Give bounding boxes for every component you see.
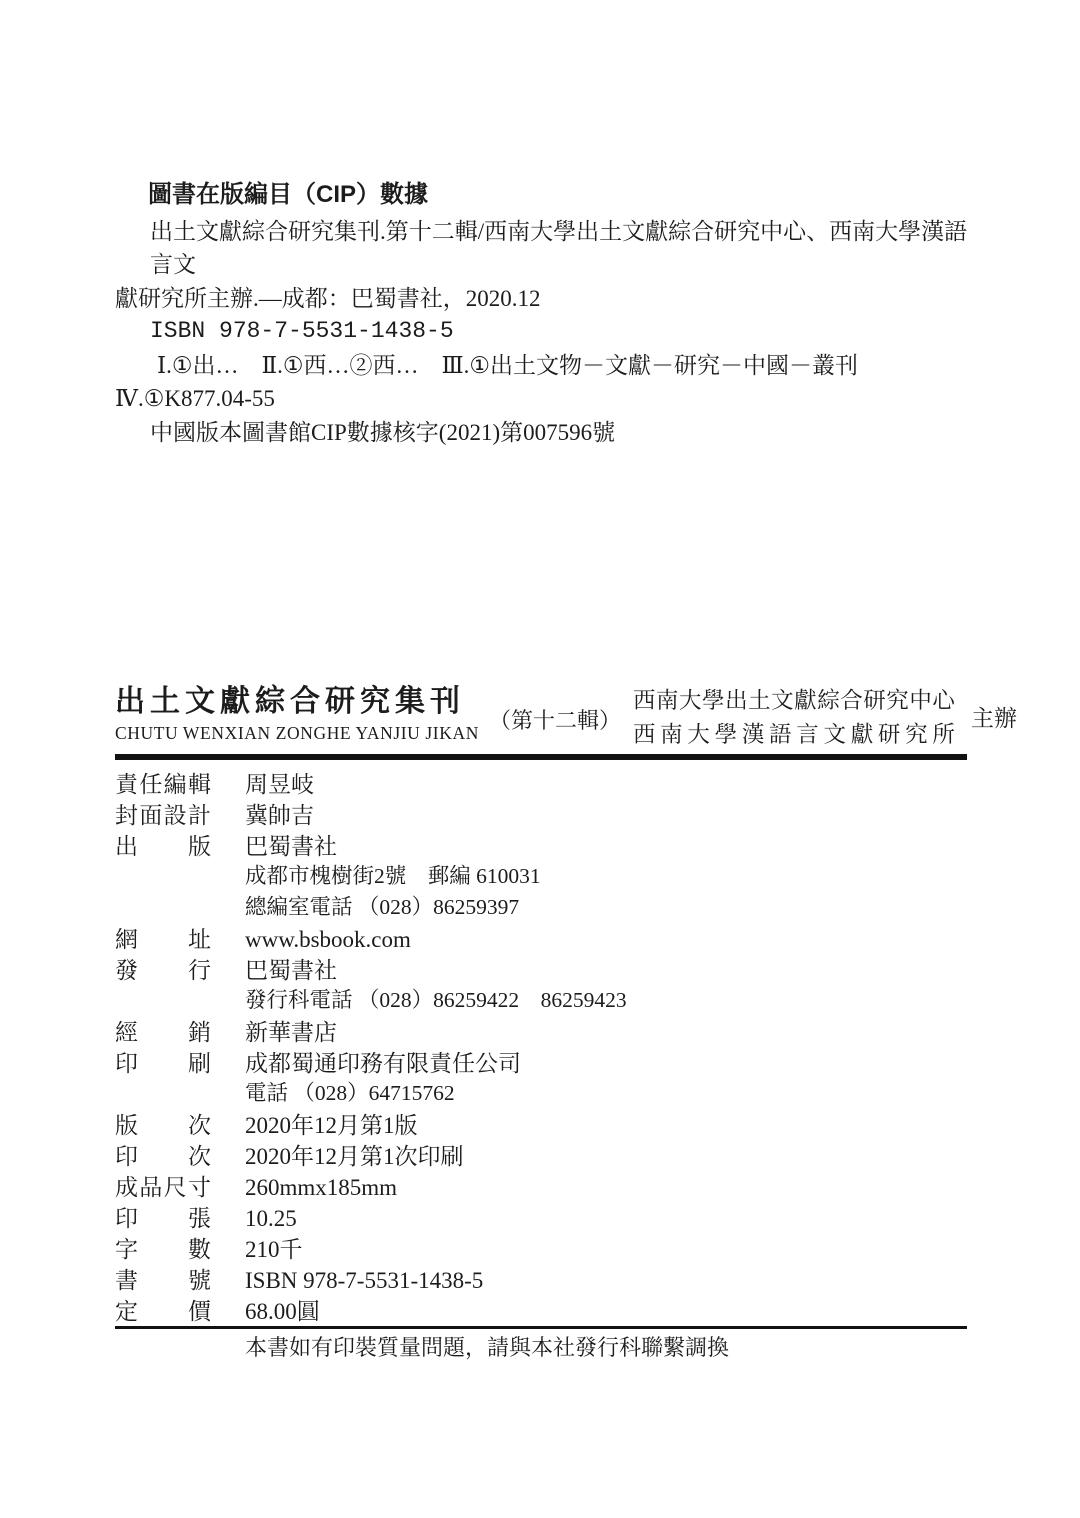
- char: 面: [139, 797, 162, 830]
- char: 綜: [817, 684, 840, 718]
- colophon-row-label: 書號: [115, 1262, 211, 1295]
- colophon-row-label: 印次: [115, 1138, 211, 1171]
- organizer-role: 主辦: [971, 700, 1017, 733]
- char: 主: [971, 700, 994, 733]
- char: 出: [115, 828, 138, 861]
- char: 學: [702, 684, 725, 718]
- char: 成: [115, 1169, 138, 1202]
- volume-number: （第十二輯）: [489, 704, 621, 735]
- cip-entry-line1: 出土文獻綜合研究集刊.第十二輯/西南大學出土文獻綜合研究中心、西南大學漢語言文: [115, 215, 975, 282]
- cip-isbn: ISBN 978-7-5531-1438-5: [115, 315, 975, 349]
- colophon-row: 出版巴蜀書社: [115, 828, 967, 859]
- colophon-row-label: 版次: [115, 1107, 211, 1140]
- char: 獻: [851, 718, 874, 752]
- masthead: 出土文獻綜合研究集刊 CHUTU WENXIAN ZONGHE YANJIU J…: [115, 684, 975, 752]
- char: 寸: [188, 1169, 211, 1202]
- char: 所: [932, 718, 955, 752]
- thick-divider-rule: [115, 754, 967, 760]
- char: 大: [687, 718, 710, 752]
- char: 心: [932, 684, 955, 718]
- colophon-row-label: 封面設計: [115, 797, 211, 830]
- char: 行: [188, 952, 211, 985]
- char: 究: [905, 718, 928, 752]
- colophon-row: 封面設計冀帥吉: [115, 797, 967, 828]
- char: 字: [115, 1231, 138, 1264]
- colophon-row-value: www.bsbook.com: [245, 927, 411, 953]
- char: 言: [796, 718, 819, 752]
- colophon-row-label: 網址: [115, 921, 211, 954]
- char: 西: [633, 684, 656, 718]
- char: 號: [188, 1262, 211, 1295]
- char: 尺: [164, 1169, 187, 1202]
- char: 定: [115, 1293, 138, 1326]
- colophon-row-label: 字數: [115, 1231, 211, 1264]
- char: 發: [115, 952, 138, 985]
- char: 責: [115, 766, 138, 799]
- char: 獻: [794, 684, 817, 718]
- char: 土: [748, 684, 771, 718]
- char: 任: [139, 766, 162, 799]
- char: 張: [188, 1200, 211, 1233]
- char: 大: [679, 684, 702, 718]
- char: 印: [115, 1045, 138, 1078]
- colophon-row-label: 成品尺寸: [115, 1169, 211, 1202]
- colophon-row: 印次2020年12月第1次印刷: [115, 1138, 967, 1169]
- colophon-row: 網址www.bsbook.com: [115, 921, 967, 952]
- cip-classification-line1: Ⅰ.①出… Ⅱ.①西…②西… Ⅲ.①出土文物－文獻－研究－中國－叢刊: [115, 349, 975, 383]
- organizer-line-2: 西南大學漢語言文獻研究所: [633, 718, 955, 752]
- char: 究: [886, 684, 909, 718]
- char: 研: [878, 718, 901, 752]
- char: 數: [188, 1231, 211, 1264]
- char: 文: [823, 718, 846, 752]
- char: 南: [660, 718, 683, 752]
- colophon-row: 印刷成都蜀通印務有限責任公司: [115, 1045, 967, 1076]
- colophon-row-value: 2020年12月第1版: [245, 1107, 418, 1140]
- char: 出: [725, 684, 748, 718]
- colophon-sub-line: 發行科電話 （028）86259422 86259423: [115, 983, 967, 1014]
- colophon-row-value: 周昱岐: [245, 766, 314, 799]
- colophon-row: 印張10.25: [115, 1200, 967, 1231]
- colophon-row-label: 經銷: [115, 1014, 211, 1047]
- colophon-row-label: 印刷: [115, 1045, 211, 1078]
- colophon-row: 成品尺寸260mmx185mm: [115, 1169, 967, 1200]
- cip-block: 圖書在版編目（CIP）數據 出土文獻綜合研究集刊.第十二輯/西南大學出土文獻綜合…: [115, 178, 975, 449]
- colophon-row: 定價68.00圓: [115, 1293, 967, 1324]
- colophon-row-label: 發行: [115, 952, 211, 985]
- colophon-rows: 責任編輯周昱岐封面設計冀帥吉出版巴蜀書社成都市槐樹街2號 郵編 610031總編…: [115, 766, 967, 1324]
- char: 研: [863, 684, 886, 718]
- organizer-names: 西南大學出土文獻綜合研究中心 西南大學漢語言文獻研究所: [633, 684, 955, 752]
- char: 經: [115, 1014, 138, 1047]
- colophon-row-value: 260mmx185mm: [245, 1175, 397, 1201]
- char: 版: [188, 828, 211, 861]
- char: 西: [633, 718, 656, 752]
- colophon-row: 責任編輯周昱岐: [115, 766, 967, 797]
- colophon-row: 版次2020年12月第1版: [115, 1107, 967, 1138]
- char: 編: [164, 766, 187, 799]
- char: 印: [115, 1138, 138, 1171]
- cip-record-number: 中國版本圖書館CIP數據核字(2021)第007596號: [115, 416, 975, 450]
- char: 漢: [742, 718, 765, 752]
- colophon-sub-line: 電話 （028）64715762: [115, 1076, 967, 1107]
- colophon-row-value: 新華書店: [245, 1014, 337, 1047]
- char: 址: [188, 921, 211, 954]
- colophon-row-value: 成都蜀通印務有限責任公司: [245, 1045, 521, 1078]
- colophon-sub-line: 成都市槐樹街2號 郵編 610031: [115, 859, 967, 890]
- colophon-row-value: 210千: [245, 1231, 303, 1264]
- cip-entry-line2: 獻研究所主辦.—成都：巴蜀書社，2020.12: [115, 282, 975, 316]
- copyright-page: 圖書在版編目（CIP）數據 出土文獻綜合研究集刊.第十二輯/西南大學出土文獻綜合…: [0, 0, 1080, 1518]
- colophon-row: 書號ISBN 978-7-5531-1438-5: [115, 1262, 967, 1293]
- bottom-divider-rule: [115, 1326, 967, 1329]
- colophon-row: 字數210千: [115, 1231, 967, 1262]
- organizer-line-1: 西南大學出土文獻綜合研究中心: [633, 684, 955, 718]
- colophon-row-value: 冀帥吉: [245, 797, 314, 830]
- masthead-title-group: 出土文獻綜合研究集刊 CHUTU WENXIAN ZONGHE YANJIU J…: [115, 684, 479, 744]
- char: 封: [115, 797, 138, 830]
- char: 設: [164, 797, 187, 830]
- cip-classification-line2: Ⅳ.①K877.04-55: [115, 382, 975, 416]
- colophon-row-value: 10.25: [245, 1206, 297, 1232]
- colophon-row-label: 定價: [115, 1293, 211, 1326]
- book-title-pinyin: CHUTU WENXIAN ZONGHE YANJIU JIKAN: [115, 722, 479, 744]
- colophon-row-value: 巴蜀書社: [245, 828, 337, 861]
- char: 書: [115, 1262, 138, 1295]
- quality-notice: 本書如有印裝質量問題，請與本社發行科聯繫調換: [115, 1332, 967, 1364]
- colophon-row-label: 出版: [115, 828, 211, 861]
- char: 刷: [188, 1045, 211, 1078]
- char: 中: [909, 684, 932, 718]
- char: 計: [188, 797, 211, 830]
- char: 合: [840, 684, 863, 718]
- colophon-table: 責任編輯周昱岐封面設計冀帥吉出版巴蜀書社成都市槐樹街2號 郵編 610031總編…: [115, 766, 967, 1364]
- colophon-row-label: 責任編輯: [115, 766, 211, 799]
- colophon-row-value: 2020年12月第1次印刷: [245, 1138, 464, 1171]
- colophon-row: 發行巴蜀書社: [115, 952, 967, 983]
- colophon-sub-line: 總編室電話 （028）86259397: [115, 890, 967, 921]
- char: 文: [771, 684, 794, 718]
- char: 版: [115, 1107, 138, 1140]
- char: 次: [188, 1107, 211, 1140]
- char: 品: [139, 1169, 162, 1202]
- char: 語: [769, 718, 792, 752]
- colophon-row-value: 巴蜀書社: [245, 952, 337, 985]
- colophon-row: 經銷新華書店: [115, 1014, 967, 1045]
- char: 南: [656, 684, 679, 718]
- char: 輯: [188, 766, 211, 799]
- char: 銷: [188, 1014, 211, 1047]
- colophon-row-value: ISBN 978-7-5531-1438-5: [245, 1268, 483, 1294]
- char: 辦: [994, 700, 1017, 733]
- char: 網: [115, 921, 138, 954]
- char: 價: [188, 1293, 211, 1326]
- char: 次: [188, 1138, 211, 1171]
- char: 印: [115, 1200, 138, 1233]
- cip-heading: 圖書在版編目（CIP）數據: [115, 178, 975, 212]
- char: 學: [715, 718, 738, 752]
- colophon-row-value: 68.00圓: [245, 1293, 320, 1326]
- colophon-row-label: 印張: [115, 1200, 211, 1233]
- book-title: 出土文獻綜合研究集刊: [115, 684, 479, 720]
